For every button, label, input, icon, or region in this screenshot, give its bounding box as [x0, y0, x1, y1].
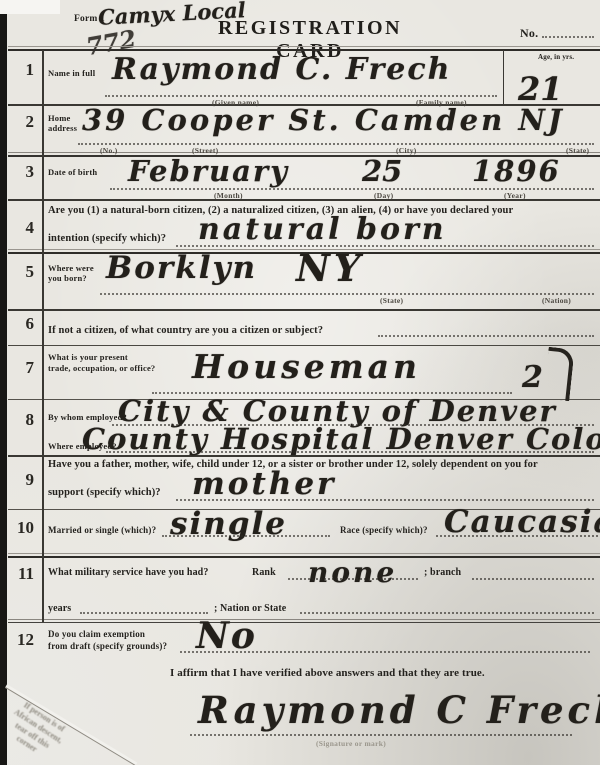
birthplace-town-value: Borklyn — [106, 250, 257, 286]
q12-label-line1: Do you claim exemption — [48, 629, 145, 640]
signature-blank — [190, 734, 572, 736]
birth-blank — [110, 188, 594, 190]
q5-label-line2: you born? — [48, 273, 87, 283]
rule — [8, 345, 600, 346]
branch-blank — [472, 578, 594, 580]
rule — [8, 553, 600, 554]
birth-state-sublabel: (State) — [380, 296, 403, 305]
q12-label-line2: from draft (specify grounds)? — [48, 641, 167, 652]
q4-question-line2: intention (specify which)? — [48, 233, 166, 244]
rule — [8, 309, 600, 311]
q5-number: 5 — [8, 262, 34, 282]
name-value: Raymond C. Frech — [112, 52, 451, 87]
q3-label: Date of birth — [48, 167, 108, 177]
occupation-value: Houseman — [192, 347, 421, 386]
q6-blank — [378, 335, 594, 337]
marital-blank — [162, 535, 330, 537]
day-sublabel: (Day) — [374, 191, 393, 200]
q6-number: 6 — [8, 314, 34, 334]
birth-year-value: 1896 — [472, 154, 561, 188]
occupation-flourish-digit: 2 — [522, 360, 543, 395]
birth-day-value: 25 — [362, 154, 402, 188]
q8-label-employer: By whom employed? — [48, 412, 127, 422]
home-address-value: 39 Cooper St. Camden NJ — [82, 103, 565, 137]
home-address-blank — [78, 143, 594, 145]
q7-number: 7 — [8, 358, 34, 378]
q9-question-line2: support (specify which)? — [48, 487, 161, 498]
rule — [8, 46, 600, 47]
q8-number: 8 — [8, 410, 34, 430]
name-blank — [105, 95, 497, 97]
q4-number: 4 — [8, 218, 34, 238]
address-state-sublabel: (State) — [566, 146, 589, 155]
q5-label-line1: Where were — [48, 263, 94, 273]
q12-number: 12 — [8, 630, 34, 650]
birth-nation-sublabel: (Nation) — [542, 296, 571, 305]
q1-label: Name in full — [48, 68, 100, 78]
q9-number: 9 — [8, 470, 34, 490]
rank-blank — [288, 578, 418, 580]
rank-value: none — [308, 556, 397, 589]
dependents-blank — [176, 499, 594, 501]
rule — [8, 152, 600, 153]
q11-branch-label: ; branch — [424, 567, 461, 578]
q11-question: What military service have you had? — [48, 567, 208, 578]
citizenship-blank — [176, 245, 594, 247]
q11-number: 11 — [8, 564, 34, 584]
scan-edge — [0, 8, 7, 765]
race-blank — [436, 535, 598, 537]
signature-sublabel: (Signature or mark) — [316, 739, 386, 748]
employment-place-blank — [106, 451, 594, 453]
birth-month-value: February — [128, 154, 289, 188]
q3-number: 3 — [8, 162, 34, 182]
dependents-value: mother — [192, 466, 336, 502]
number-column-rule — [42, 50, 44, 622]
card-number-label: No. — [520, 26, 538, 40]
years-blank — [80, 612, 208, 614]
scan-corner-light — [0, 0, 60, 14]
citizenship-value: natural born — [198, 212, 447, 247]
q1-number: 1 — [8, 60, 34, 80]
nation-blank — [300, 612, 594, 614]
age-label: Age, in yrs. — [538, 53, 588, 61]
q6-question: If not a citizen, of what country are yo… — [48, 325, 323, 336]
age-value: 21 — [518, 70, 563, 108]
birthplace-state-value: NY — [296, 246, 364, 290]
signature-value: Raymond C Frech — [198, 688, 600, 732]
q10-label-race: Race (specify which)? — [340, 525, 428, 536]
q11-nation-label: ; Nation or State — [214, 603, 286, 614]
affirmation-text: I affirm that I have verified above answ… — [170, 667, 485, 679]
q10-label-married: Married or single (which)? — [48, 525, 156, 536]
q2-number: 2 — [8, 112, 34, 132]
address-no-sublabel: (No.) — [100, 146, 118, 155]
month-sublabel: (Month) — [214, 191, 243, 200]
q11-years-label: years — [48, 603, 71, 614]
rule — [8, 622, 600, 623]
registration-card: Form 1 Camyx Local 772 REGISTRATION CARD… — [0, 0, 600, 765]
rule — [8, 49, 600, 51]
q10-number: 10 — [8, 518, 34, 538]
birthplace-blank — [100, 293, 594, 295]
q7-label-line2: trade, occupation, or office? — [48, 363, 155, 373]
rule — [8, 556, 600, 558]
age-cell-rule — [503, 50, 504, 104]
exemption-blank — [180, 651, 590, 653]
rule — [8, 619, 600, 620]
q11-rank-label: Rank — [252, 567, 276, 578]
year-sublabel: (Year) — [504, 191, 526, 200]
card-number-blank — [542, 36, 594, 38]
q7-label-line1: What is your present — [48, 352, 128, 362]
